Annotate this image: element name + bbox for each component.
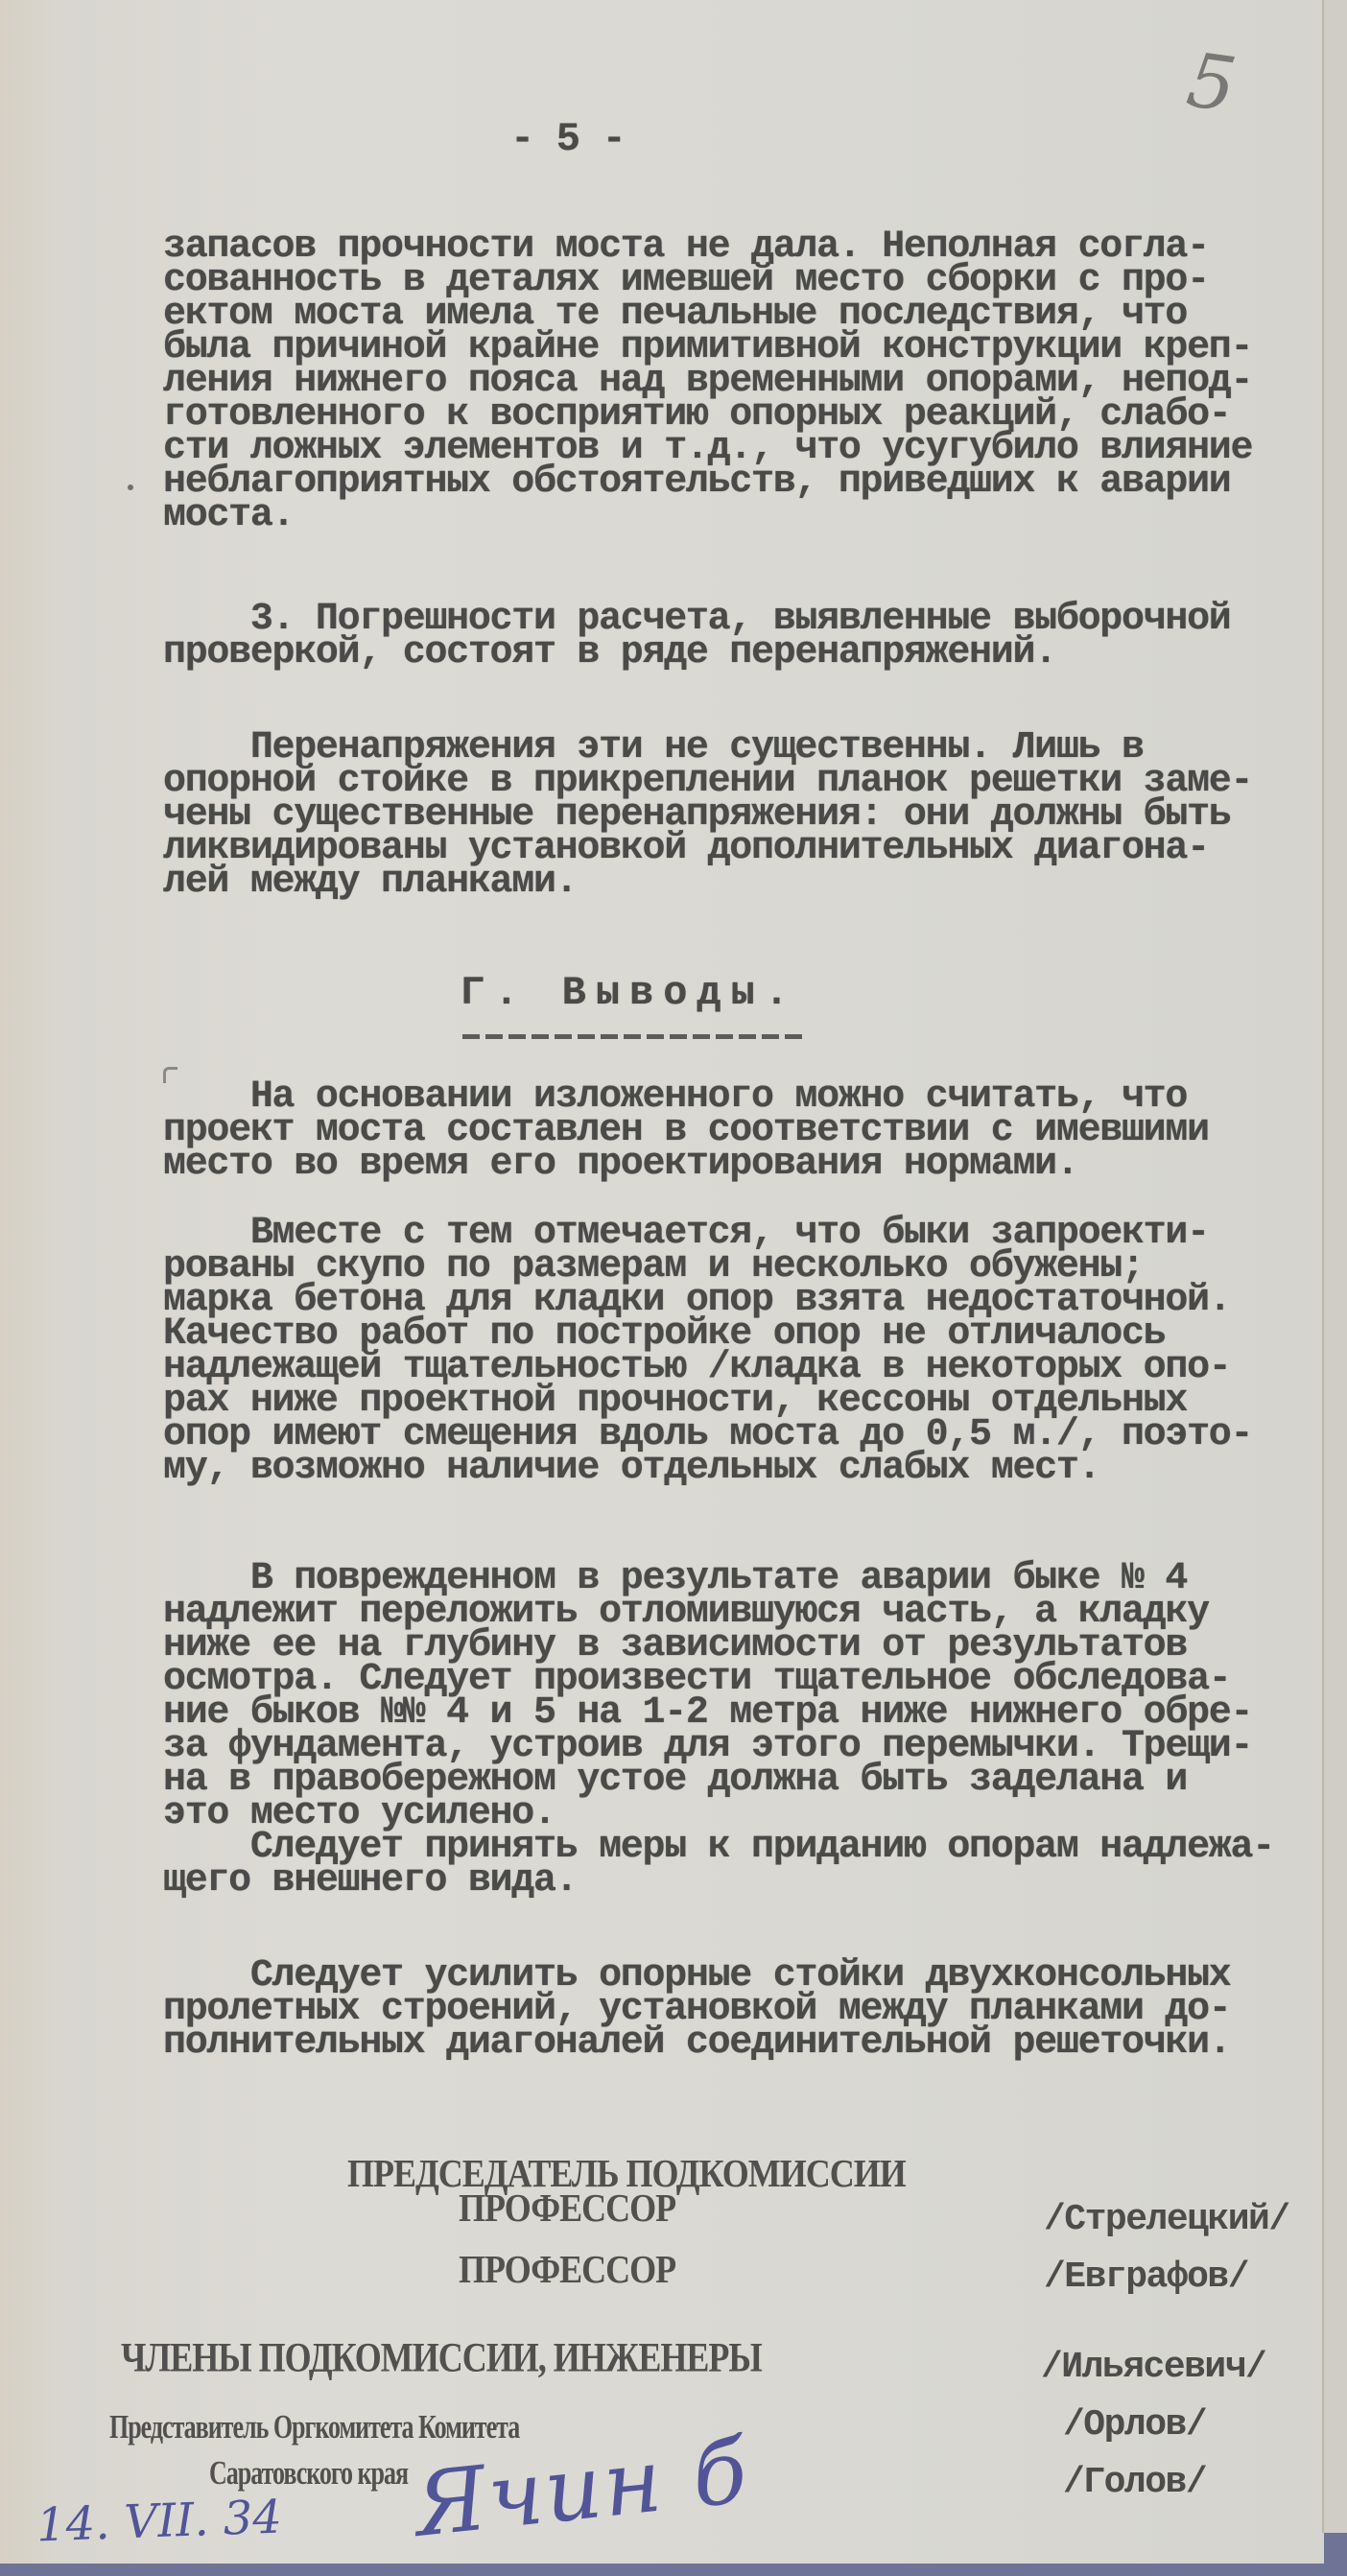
signature-title-professor: ПРОФЕССОР: [459, 2246, 675, 2292]
paragraph-calculation-errors: 3. Погрешности расчета, выявленные выбор…: [163, 603, 1231, 670]
underlying-page-edge: [1322, 0, 1347, 2533]
signatory-name: /Стрелецкий/: [1044, 2199, 1289, 2240]
conclusion-paragraph: Следует усилить опорные стойки двухконсо…: [163, 1959, 1231, 2060]
signatory-name: /Ильясевич/: [1041, 2347, 1265, 2388]
paragraph-continuation: запасов прочности моста не дала. Неполна…: [163, 230, 1252, 532]
signature-title-representative-region: Саратовского края: [209, 2454, 408, 2493]
margin-dot: [128, 484, 133, 490]
heading-underline: [462, 1034, 804, 1039]
handwritten-date: 14. VII. 34: [35, 2491, 283, 2553]
signature-title-professor: ПРОФЕССОР: [459, 2185, 675, 2231]
signatory-name: /Орлов/: [1063, 2404, 1206, 2446]
page-number: - 5 -: [510, 123, 626, 156]
conclusion-paragraph: В поврежденном в результате аварии быке …: [163, 1562, 1274, 1898]
signature-title-representative: Представитель Оргкомитета Комитета: [109, 2408, 519, 2447]
signatory-name: /Голов/: [1063, 2462, 1206, 2503]
conclusion-paragraph: Вместе с тем отмечается, что быки запрое…: [163, 1217, 1252, 1485]
paragraph-overstress: Перенапряжения эти не существенны. Лишь …: [163, 731, 1252, 899]
section-heading-conclusions: Г. Выводы.: [461, 977, 798, 1010]
conclusion-paragraph: На основании изложенного можно считать, …: [163, 1080, 1209, 1181]
signatory-name: /Евграфов/: [1044, 2257, 1248, 2298]
signature-title-members: ЧЛЕНЫ ПОДКОМИССИИ, ИНЖЕНЕРЫ: [121, 2333, 762, 2381]
